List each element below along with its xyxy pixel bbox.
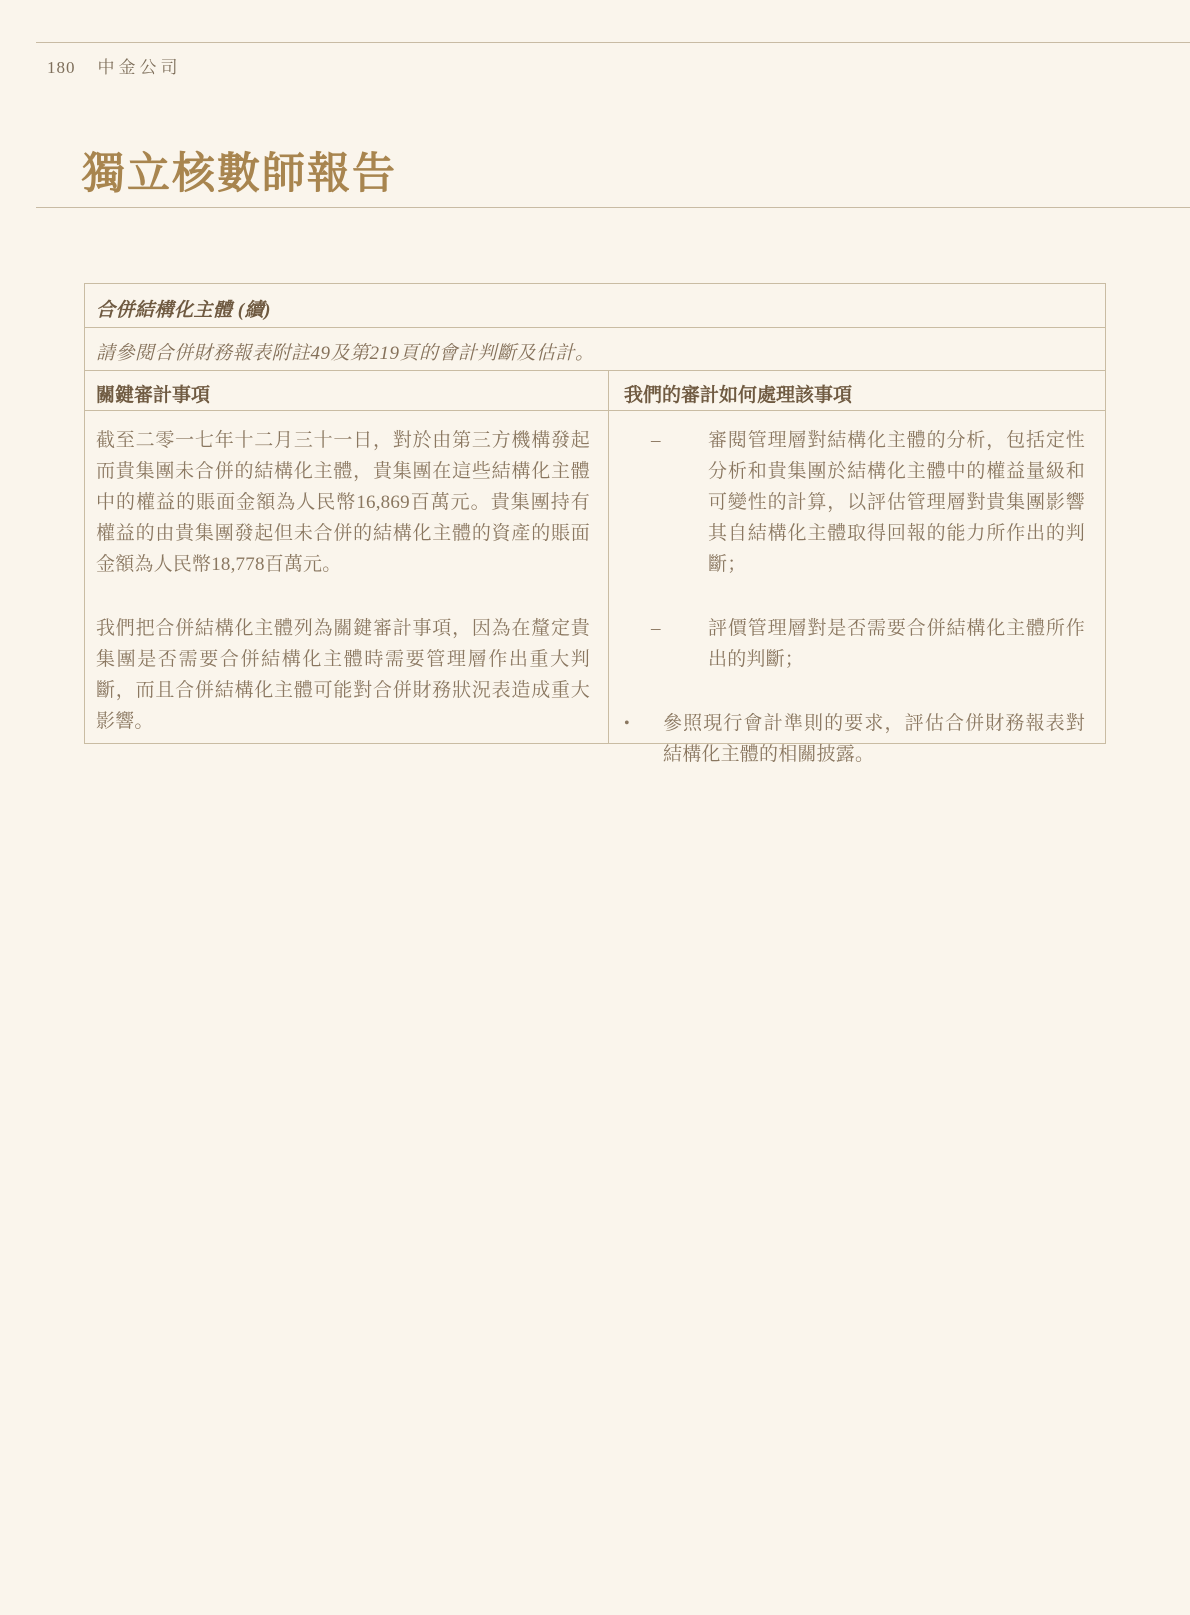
reference-note: 請參閱合併財務報表附註49及第219頁的會計判斷及估計。: [96, 343, 595, 364]
audit-procedure-sublist: – 審閱管理層對結構化主體的分析，包括定性分析和貴集團於結構化主體中的權益量級和…: [651, 425, 1085, 675]
list-item: – 審閱管理層對結構化主體的分析，包括定性分析和貴集團於結構化主體中的權益量級和…: [651, 425, 1085, 580]
reference-note-row: 請參閱合併財務報表附註49及第219頁的會計判斷及估計。: [85, 328, 1105, 371]
report-page: 180中金公司 獨立核數師報告 合併結構化主體 (續) 請參閱合併財務報表附註4…: [0, 0, 1190, 1615]
audit-procedure-text: 評價管理層對是否需要合併結構化主體所作出的判斷；: [708, 613, 1085, 675]
audit-procedure-text: 審閱管理層對結構化主體的分析，包括定性分析和貴集團於結構化主體中的權益量級和可變…: [708, 425, 1085, 580]
key-audit-matter-cell: 截至二零一七年十二月三十一日，對於由第三方機構發起而貴集團未合併的結構化主體，貴…: [85, 411, 609, 743]
bullet-marker: •: [624, 708, 663, 770]
audit-procedure-text: 參照現行會計準則的要求，評估合併財務報表對結構化主體的相關披露。: [663, 708, 1085, 770]
table-header-row: 關鍵審計事項 我們的審計如何處理該事項: [85, 371, 1105, 411]
key-audit-matters-table: 合併結構化主體 (續) 請參閱合併財務報表附註49及第219頁的會計判斷及估計。…: [84, 283, 1106, 744]
kam-paragraph-1: 截至二零一七年十二月三十一日，對於由第三方機構發起而貴集團未合併的結構化主體，貴…: [96, 425, 590, 580]
report-title: 獨立核數師報告: [82, 140, 397, 201]
page-number: 180: [47, 58, 76, 77]
dash-marker: –: [651, 425, 708, 580]
company-name: 中金公司: [98, 58, 182, 77]
list-item: • 參照現行會計準則的要求，評估合併財務報表對結構化主體的相關披露。: [624, 708, 1085, 770]
dash-marker: –: [651, 613, 708, 675]
page-header: 180中金公司: [47, 53, 182, 78]
title-rule: [36, 207, 1190, 208]
section-title-row: 合併結構化主體 (續): [85, 284, 1105, 328]
section-title: 合併結構化主體 (續): [96, 300, 271, 321]
table-body-row: 截至二零一七年十二月三十一日，對於由第三方機構發起而貴集團未合併的結構化主體，貴…: [85, 411, 1105, 743]
column-header-key-audit-matter: 關鍵審計事項: [85, 371, 609, 410]
audit-response-cell: – 審閱管理層對結構化主體的分析，包括定性分析和貴集團於結構化主體中的權益量級和…: [609, 411, 1105, 743]
kam-paragraph-2: 我們把合併結構化主體列為關鍵審計事項，因為在釐定貴集團是否需要合併結構化主體時需…: [96, 613, 590, 737]
column-header-audit-response: 我們的審計如何處理該事項: [609, 371, 1105, 410]
header-rule: [36, 42, 1190, 43]
list-item: – 評價管理層對是否需要合併結構化主體所作出的判斷；: [651, 613, 1085, 675]
